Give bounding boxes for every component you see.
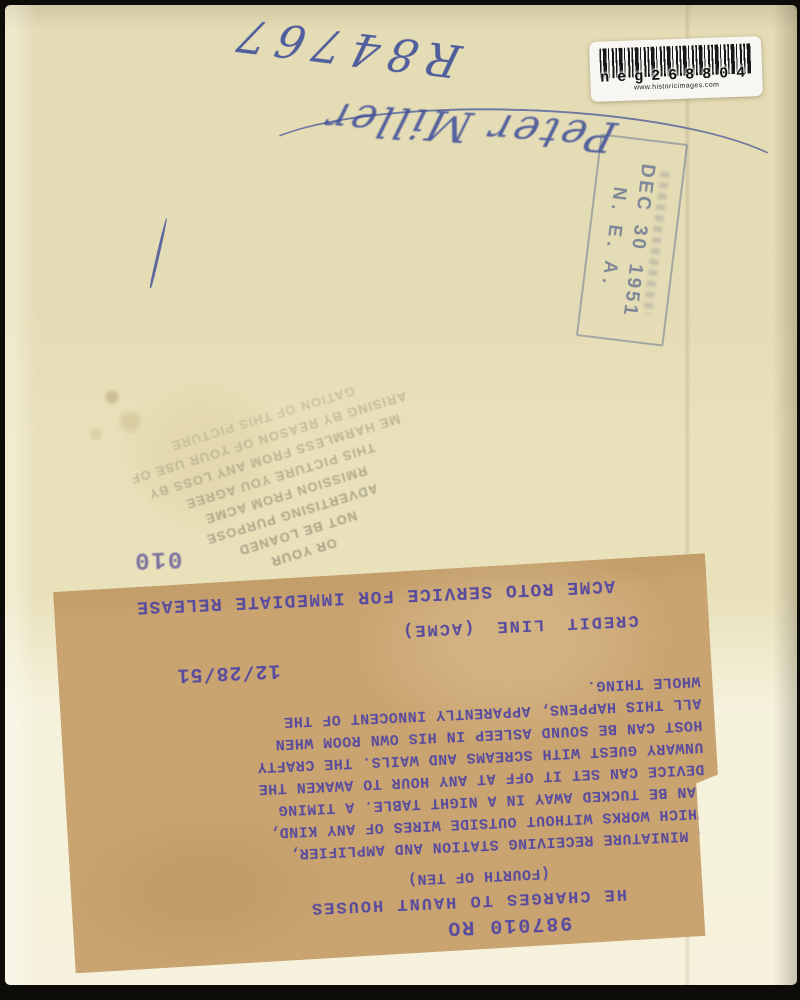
- barcode-label: neg268804 www.historicimages.com: [589, 36, 763, 102]
- caption-slip-text: 987010 RO HE CHARGES TO HAUNT HOUSES (FO…: [55, 558, 725, 969]
- pen-mark: [149, 218, 168, 289]
- press-photo-back-scan: neg268804 www.historicimages.com R84767 …: [0, 0, 800, 1000]
- caption-slip: 987010 RO HE CHARGES TO HAUNT HOUSES (FO…: [53, 553, 728, 973]
- partial-serial-number: 010: [133, 544, 183, 573]
- photo-paper: neg268804 www.historicimages.com R84767 …: [5, 5, 797, 985]
- handwritten-reference-number: R84767: [204, 5, 486, 90]
- caption-date: 12/28/51: [59, 655, 281, 693]
